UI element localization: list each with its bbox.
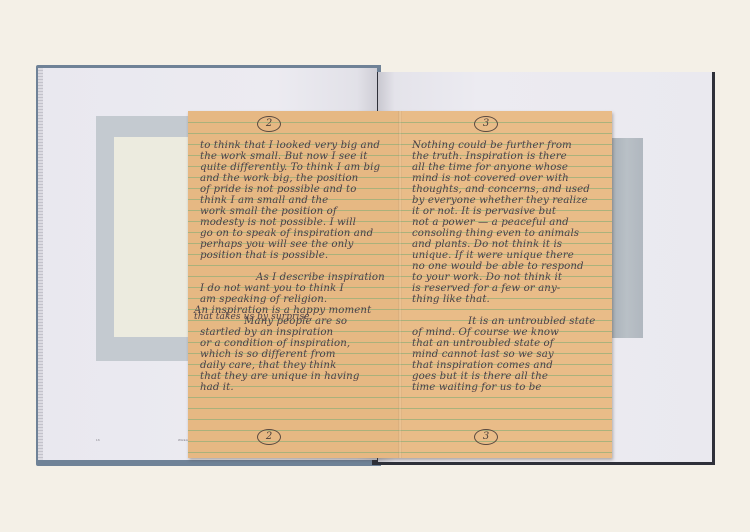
hw-line: which is so different from <box>200 349 392 360</box>
hw-line: the truth. Inspiration is there <box>412 151 604 162</box>
hw-line: had it. <box>200 382 392 393</box>
hw-line: Nothing could be further from <box>412 140 604 151</box>
page-number-circle-bottom: 3 <box>474 429 498 445</box>
hw-line: that an untroubled state of <box>412 338 604 349</box>
page-edges <box>38 68 43 460</box>
hw-line: time waiting for us to be <box>412 382 604 393</box>
hw-line: of pride is not possible and to <box>200 184 392 195</box>
handwritten-text-right: Nothing could be further from the truth.… <box>412 140 604 393</box>
hw-line: mind cannot last so we say <box>412 349 604 360</box>
notebook-page-right: 3 Nothing could be further from the trut… <box>400 111 612 458</box>
hw-line: to think that I looked very big and <box>200 140 392 151</box>
handwritten-text-left: to think that I looked very big and the … <box>200 140 392 393</box>
hw-line: consoling thing even to animals <box>412 228 604 239</box>
hw-line: thing like that. <box>412 294 604 305</box>
painting-wheat-inner-field <box>114 137 196 337</box>
hw-line: unique. If it were unique there <box>412 250 604 261</box>
notebook-page-left: 2 to think that I looked very big and th… <box>188 111 400 458</box>
hw-line: and the work big, the position <box>200 173 392 184</box>
hw-line: and plants. Do not think it is <box>412 239 604 250</box>
page-number-circle-top: 3 <box>474 116 498 132</box>
hw-line: all the time for anyone whose <box>412 162 604 173</box>
hw-line: is reserved for a few or any- <box>412 283 604 294</box>
hw-line: goes but it is there all the <box>412 371 604 382</box>
hw-line: As I describe inspiration <box>200 272 392 283</box>
hw-line: modesty is not possible. I will <box>200 217 392 228</box>
hw-line: It is an untroubled state <box>412 316 604 327</box>
painting-desert-rain <box>611 138 643 338</box>
handwritten-notebook: 2 to think that I looked very big and th… <box>188 111 612 458</box>
hw-line: no one would be able to respond <box>412 261 604 272</box>
hw-line: mind is not covered over with <box>412 173 604 184</box>
hw-line: that inspiration comes and <box>412 360 604 371</box>
hw-line: am speaking of religion. <box>200 294 392 305</box>
painting-wheat <box>96 116 196 361</box>
hw-line: it or not. It is pervasive but <box>412 206 604 217</box>
hw-line: position that is possible. <box>200 250 392 261</box>
hw-line: that they are unique in having <box>200 371 392 382</box>
hw-line: or a condition of inspiration, <box>200 338 392 349</box>
page-number-circle-top: 2 <box>257 116 281 132</box>
hw-line: I do not want you to think I <box>200 283 392 294</box>
hw-line: work small the position of <box>200 206 392 217</box>
hw-line: by everyone whether they realize <box>412 195 604 206</box>
notebook-fold <box>398 111 402 458</box>
hw-line: daily care, that they think <box>200 360 392 371</box>
hw-line: to your work. Do not think it <box>412 272 604 283</box>
hw-line: perhaps you will see the only <box>200 239 392 250</box>
hw-line: startled by an inspiration <box>200 327 392 338</box>
photo-scene: 16 WHEAT 1957 OIL ON CANVAS, 92 × 92 IN … <box>0 0 750 532</box>
hw-line: go on to speak of inspiration and <box>200 228 392 239</box>
hw-line: the work small. But now I see it <box>200 151 392 162</box>
hw-line: thoughts, and concerns, and used <box>412 184 604 195</box>
hw-line: quite differently. To think I am big <box>200 162 392 173</box>
hw-line: not a power — a peaceful and <box>412 217 604 228</box>
hw-line: of mind. Of course we know <box>412 327 604 338</box>
left-page-number: 16 <box>96 438 100 442</box>
page-number-circle-bottom: 2 <box>257 429 281 445</box>
hw-line: think I am small and the <box>200 195 392 206</box>
